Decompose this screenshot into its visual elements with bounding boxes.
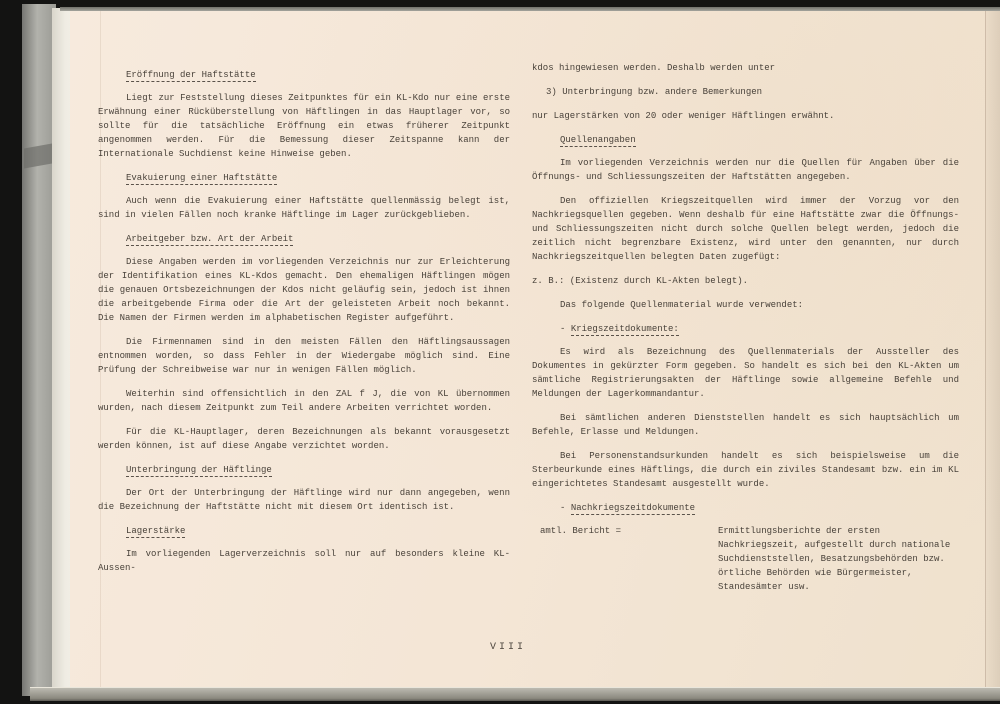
paragraph: Den offiziellen Kriegszeitquellen wird i… [532, 194, 959, 264]
paragraph-continuation: kdos hingewiesen werden. Deshalb werden … [532, 61, 959, 75]
paper-crease-right [985, 11, 986, 687]
page-edge-stack-bottom [30, 687, 1000, 701]
heading-text: Arbeitgeber bzw. Art der Arbeit [126, 234, 293, 246]
paragraph: Weiterhin sind offensichtlich in den ZAL… [98, 387, 510, 415]
page-edge-stack-left [22, 4, 56, 696]
paragraph: Für die KL-Hauptlager, deren Bezeichnung… [98, 425, 510, 453]
heading-text: Eröffnung der Haftstätte [126, 70, 256, 82]
paragraph: Es wird als Bezeichnung des Quellenmater… [532, 345, 959, 401]
right-column: kdos hingewiesen werden. Deshalb werden … [532, 61, 959, 594]
heading-nachkriegszeitdokumente: - Nachkriegszeitdokumente [560, 501, 959, 515]
paragraph: Die Firmennamen sind in den meisten Fäll… [98, 335, 510, 377]
paragraph: Bei Personenstandsurkunden handelt es si… [532, 449, 959, 491]
definition-text: Ermittlungsberichte der ersten Nachkrieg… [718, 524, 959, 594]
paragraph: Auch wenn die Evakuierung einer Haftstät… [98, 194, 510, 222]
example-line: z. B.: (Existenz durch KL-Akten belegt). [532, 274, 959, 288]
heading-text: Lagerstärke [126, 526, 185, 538]
paragraph: Bei sämtlichen anderen Dienststellen han… [532, 411, 959, 439]
heading-dash: - [560, 503, 571, 513]
heading-dash: - [560, 324, 571, 334]
list-item-3: 3) Unterbringung bzw. andere Bemerkungen [532, 85, 959, 99]
heading-text: Nachkriegszeitdokumente [571, 503, 695, 515]
heading-kriegszeitdokumente: - Kriegszeitdokumente: [560, 322, 959, 336]
paragraph: Liegt zur Feststellung dieses Zeitpunkte… [98, 91, 510, 161]
heading-eroeffnung-der-haftstaette: Eröffnung der Haftstätte [126, 68, 510, 82]
heading-text: Quellenangaben [560, 135, 636, 147]
definition-term: amtl. Bericht = [540, 524, 718, 594]
page-number: VIII [490, 642, 526, 653]
book-page: Eröffnung der Haftstätte Liegt zur Fests… [70, 11, 1000, 687]
paragraph: nur Lagerstärken von 20 oder weniger Häf… [532, 109, 959, 123]
left-column: Eröffnung der Haftstätte Liegt zur Fests… [98, 65, 510, 585]
definition-row: amtl. Bericht = Ermittlungsberichte der … [540, 524, 959, 594]
paper-shade-right [986, 11, 1000, 687]
paragraph: Diese Angaben werden im vorliegenden Ver… [98, 255, 510, 325]
paragraph: Der Ort der Unterbringung der Häftlinge … [98, 486, 510, 514]
paragraph: Im vorliegenden Verzeichnis werden nur d… [532, 156, 959, 184]
heading-lagerstaerke: Lagerstärke [126, 524, 510, 538]
heading-text: Kriegszeitdokumente: [571, 324, 679, 336]
heading-arbeitgeber-art-der-arbeit: Arbeitgeber bzw. Art der Arbeit [126, 232, 510, 246]
paragraph: Das folgende Quellenmaterial wurde verwe… [532, 298, 959, 312]
heading-text: Evakuierung einer Haftstätte [126, 173, 277, 185]
heading-evakuierung-einer-haftstaette: Evakuierung einer Haftstätte [126, 171, 510, 185]
paragraph: Im vorliegenden Lagerverzeichnis soll nu… [98, 547, 510, 575]
heading-unterbringung-der-haeftlinge: Unterbringung der Häftlinge [126, 463, 510, 477]
heading-text: Unterbringung der Häftlinge [126, 465, 272, 477]
heading-quellenangaben: Quellenangaben [560, 133, 959, 147]
